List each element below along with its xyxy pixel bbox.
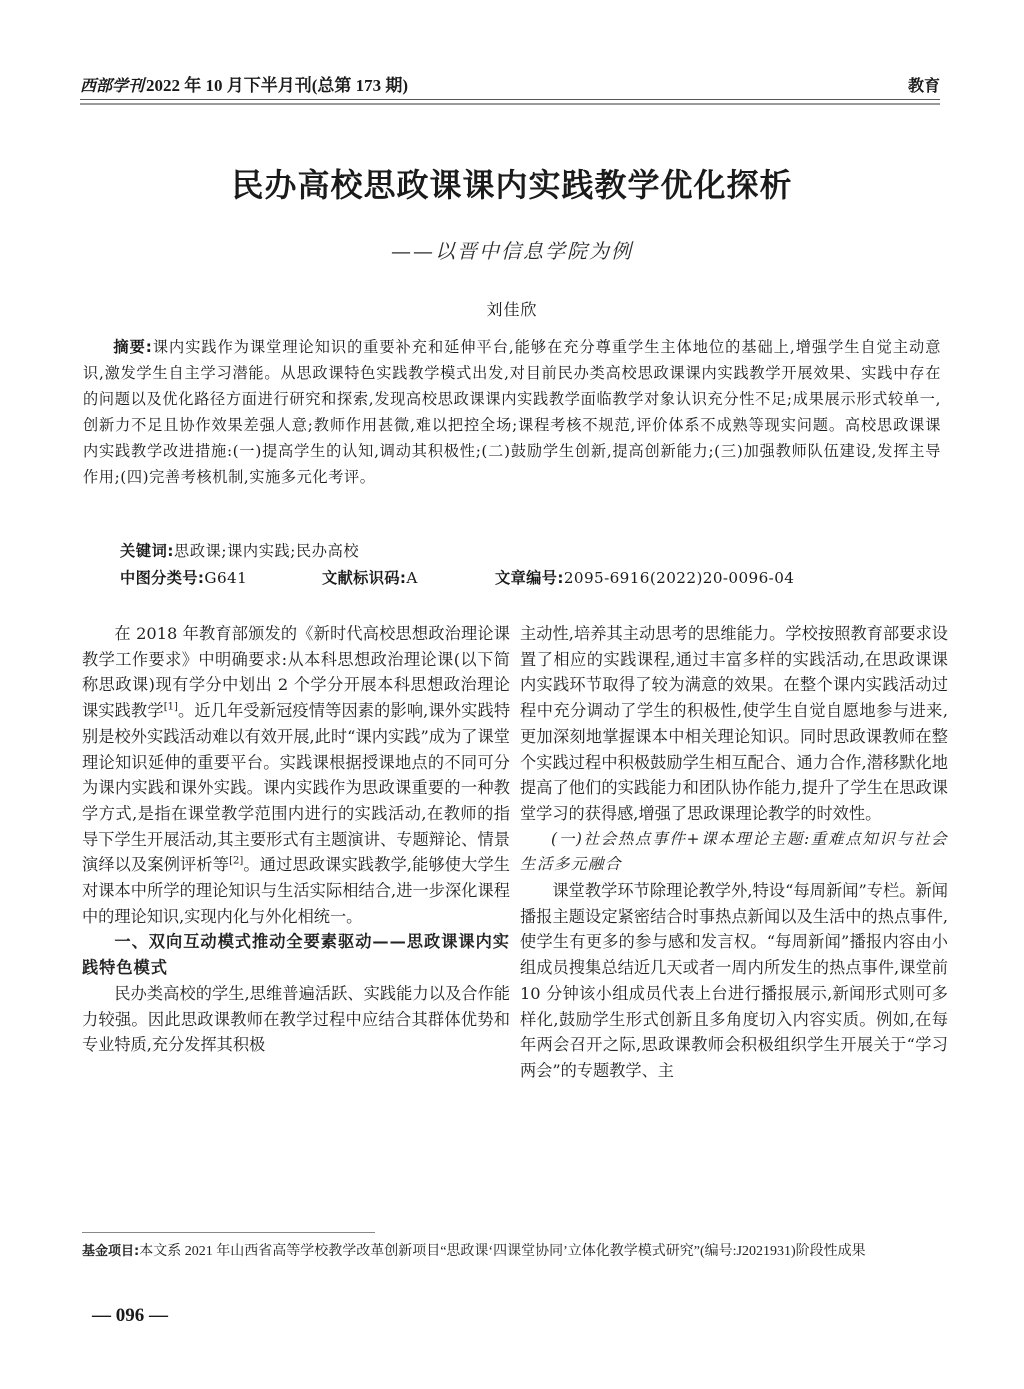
abstract: 摘要:课内实践作为课堂理论知识的重要补充和延伸平台,能够在充分尊重学生主体地位的…	[83, 334, 941, 490]
keywords: 关键词:思政课;课内实践;民办高校	[120, 538, 359, 564]
footnote-funding: 基金项目:本文系 2021 年山西省高等学校教学改革创新项目“思政课‘四课堂协同…	[82, 1240, 942, 1264]
article-no-value: 2095-6916(2022)20-0096-04	[564, 569, 795, 587]
issue-label: 2022 年 10 月下半月刊(总第 173 期)	[146, 76, 408, 95]
paragraph: 民办类高校的学生,思维普遍活跃、实践能力以及合作能力较强。因此思政课教师在教学过…	[82, 981, 510, 1058]
journal-logo: 西部学刊	[80, 76, 144, 95]
article-no-label: 文章编号:	[495, 569, 564, 587]
article-number: 文章编号:2095-6916(2022)20-0096-04	[495, 565, 794, 591]
paragraph: 在 2018 年教育部颁发的《新时代高校思想政治理论课教学工作要求》中明确要求:…	[82, 621, 510, 929]
citation-1[interactable]: [1]	[164, 702, 178, 713]
subsection-heading-1-1: (一)社会热点事件+课本理论主题:重难点知识与社会生活多元融合	[520, 827, 948, 878]
page-number: — 096 —	[92, 1305, 168, 1327]
article-title: 民办高校思政课课内实践教学优化探析	[0, 160, 1024, 206]
clc-number: 中图分类号:G641	[120, 565, 322, 591]
journal-issue: 西部学刊2022 年 10 月下半月刊(总第 173 期)	[80, 71, 408, 96]
clc-label: 中图分类号:	[120, 569, 204, 587]
document-code: 文献标识码:A	[322, 565, 495, 591]
article-subtitle: ——以晋中信息学院为例	[0, 235, 1024, 264]
header-rule	[80, 99, 940, 105]
running-header: 西部学刊2022 年 10 月下半月刊(总第 173 期) 教育	[80, 72, 940, 96]
author: 刘佳欣	[0, 297, 1024, 320]
paragraph: 课堂教学环节除理论教学外,特设“每周新闻”专栏。新闻播报主题设定紧密结合时事热点…	[520, 878, 948, 1084]
doc-code-value: A	[406, 569, 417, 587]
section-heading-1: 一、双向互动模式推动全要素驱动——思政课课内实践特色模式	[82, 929, 510, 980]
section-label: 教育	[908, 73, 940, 96]
body-column-right: 主动性,培养其主动思考的思维能力。学校按照教育部要求设置了相应的实践课程,通过丰…	[520, 621, 948, 1084]
clc-value: G641	[204, 569, 247, 587]
abstract-text: 课内实践作为课堂理论知识的重要补充和延伸平台,能够在充分尊重学生主体地位的基础上…	[83, 338, 941, 486]
funding-text: 本文系 2021 年山西省高等学校教学改革创新项目“思政课‘四课堂协同’立体化教…	[139, 1244, 865, 1259]
doc-code-label: 文献标识码:	[322, 569, 406, 587]
citation-2[interactable]: [2]	[229, 856, 243, 867]
keywords-text: 思政课;课内实践;民办高校	[174, 542, 359, 560]
footnote-rule	[82, 1232, 375, 1233]
paragraph: 主动性,培养其主动思考的思维能力。学校按照教育部要求设置了相应的实践课程,通过丰…	[520, 621, 948, 827]
keywords-label: 关键词:	[120, 542, 174, 560]
article-meta: 中图分类号:G641 文献标识码:A 文章编号:2095-6916(2022)2…	[120, 565, 940, 591]
funding-label: 基金项目:	[82, 1244, 139, 1259]
body-column-left: 在 2018 年教育部颁发的《新时代高校思想政治理论课教学工作要求》中明确要求:…	[82, 621, 510, 1058]
paragraph-text: 。近几年受新冠疫情等因素的影响,课外实践特别是校外实践活动难以有效开展,此时“课…	[82, 701, 510, 874]
abstract-label: 摘要:	[113, 338, 152, 356]
